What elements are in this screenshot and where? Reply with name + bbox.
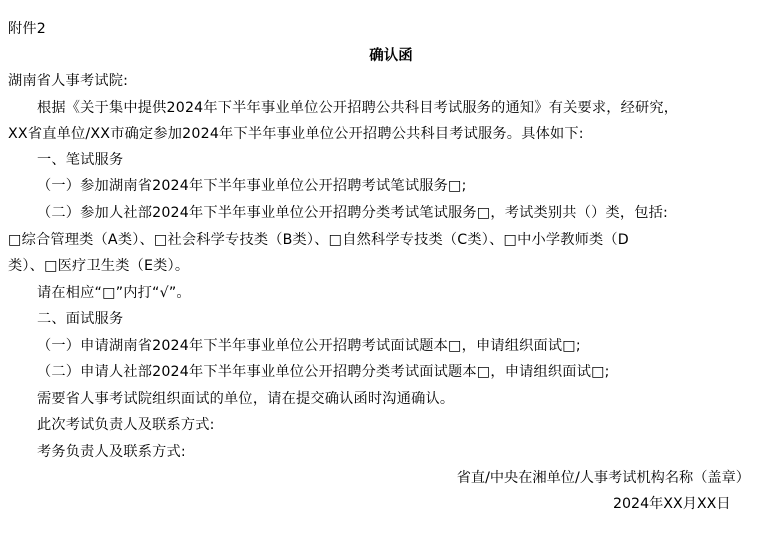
exam-contact-line: 此次考试负责人及联系方式: (37, 412, 215, 438)
signature-date: 2024年XX月XX日 (613, 491, 731, 517)
salutation: 湖南省人事考试院: (8, 68, 128, 94)
signature-org: 省直/中央在湘单位/人事考试机构名称（盖章） (457, 465, 750, 491)
section1-item2-line3: 类）、□医疗卫生类（E类）。 (8, 253, 189, 279)
intro-paragraph-line1: 根据《关于集中提供2024年下半年事业单位公开招聘公共科目考试服务的通知》有关要… (37, 95, 678, 121)
section1-item1: （一）参加湖南省2024年下半年事业单位公开招聘考试笔试服务□; (37, 173, 467, 199)
intro-paragraph-line2: XX省直单位/XX市确定参加2024年下半年事业单位公开招聘公共科目考试服务。具… (8, 121, 584, 147)
confirmation-letter-document: 附件2 确认函 湖南省人事考试院: 根据《关于集中提供2024年下半年事业单位公… (0, 0, 778, 533)
section2-item1: （一）申请湖南省2024年下半年事业单位公开招聘考试面试题本□，申请组织面试□; (37, 333, 581, 359)
checkbox-instruction: 请在相应“□”内打“√”。 (37, 280, 191, 306)
section1-item2-line1: （二）参加人社部2024年下半年事业单位公开招聘分类考试笔试服务□，考试类别共（… (37, 200, 668, 226)
section2-item2: （二）申请人社部2024年下半年事业单位公开招聘分类考试面试题本□，申请组织面试… (37, 359, 610, 385)
section1-heading: 一、笔试服务 (37, 147, 123, 173)
section2-heading: 二、面试服务 (37, 306, 123, 332)
attachment-label: 附件2 (8, 16, 46, 42)
section2-note: 需要省人事考试院组织面试的单位，请在提交确认函时沟通确认。 (37, 386, 454, 412)
section1-item2-line2: □综合管理类（A类）、□社会科学专技类（B类）、□自然科学专技类（C类）、□中小… (8, 227, 629, 253)
affairs-contact-line: 考务负责人及联系方式: (37, 439, 186, 465)
document-title: 确认函 (0, 43, 778, 69)
